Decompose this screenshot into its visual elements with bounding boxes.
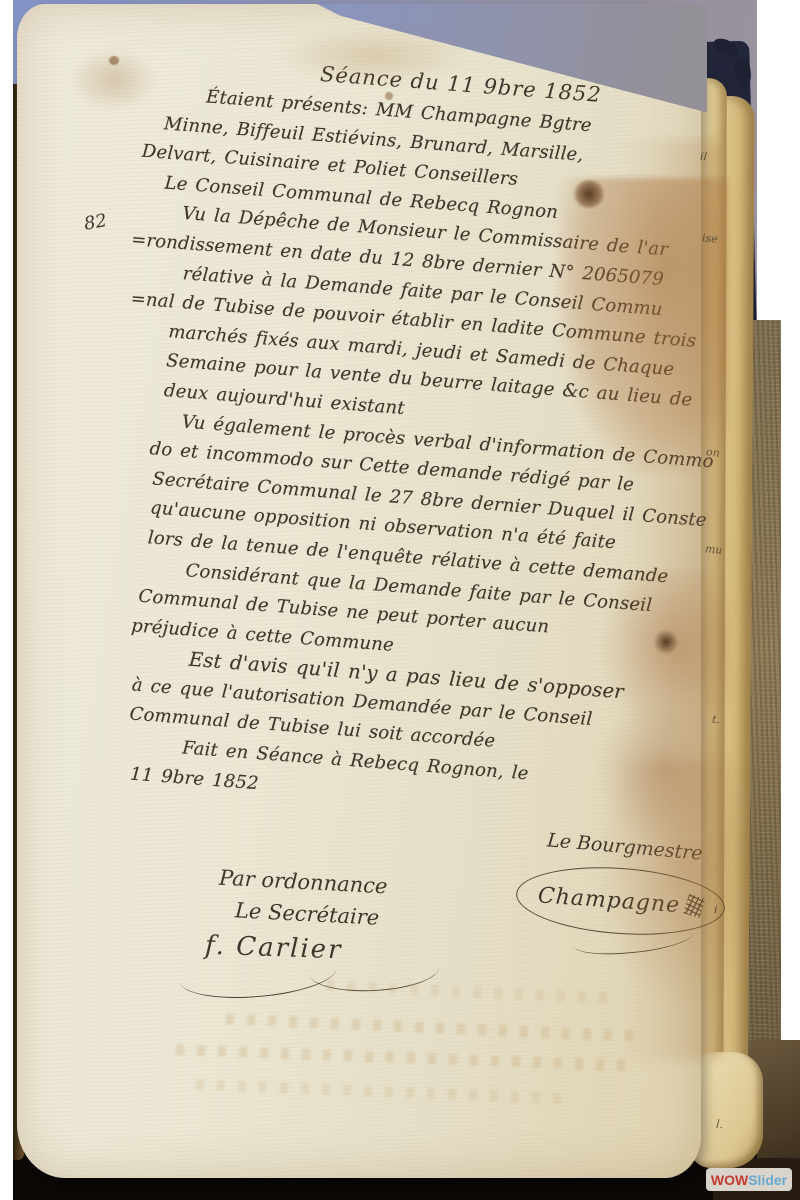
- edge-text-fragment: t.: [711, 713, 720, 727]
- edge-text-fragment: mu: [704, 542, 723, 556]
- edge-text-fragment: l.: [715, 1118, 723, 1132]
- signature-paraph-icon: [683, 894, 705, 918]
- edge-text-fragment: ise: [701, 231, 718, 245]
- scanned-register-photo: Séance du 11 9bre 1852 Étaient présents:…: [0, 0, 800, 1200]
- photo-frame: Séance du 11 9bre 1852 Étaient présents:…: [13, 0, 757, 1200]
- edge-text-fragment: il: [699, 150, 707, 164]
- wowslider-watermark[interactable]: WOWSlider: [706, 1168, 792, 1191]
- margin-page-number: 82: [82, 210, 108, 235]
- watermark-wow-label: WOW: [711, 1173, 748, 1187]
- handwritten-text-block: Séance du 11 9bre 1852 Étaient présents:…: [94, 44, 726, 829]
- mayor-signature-name: Champagne: [537, 883, 681, 918]
- edge-text-fragment: on: [705, 445, 720, 459]
- watermark-slider-label: Slider: [748, 1173, 787, 1187]
